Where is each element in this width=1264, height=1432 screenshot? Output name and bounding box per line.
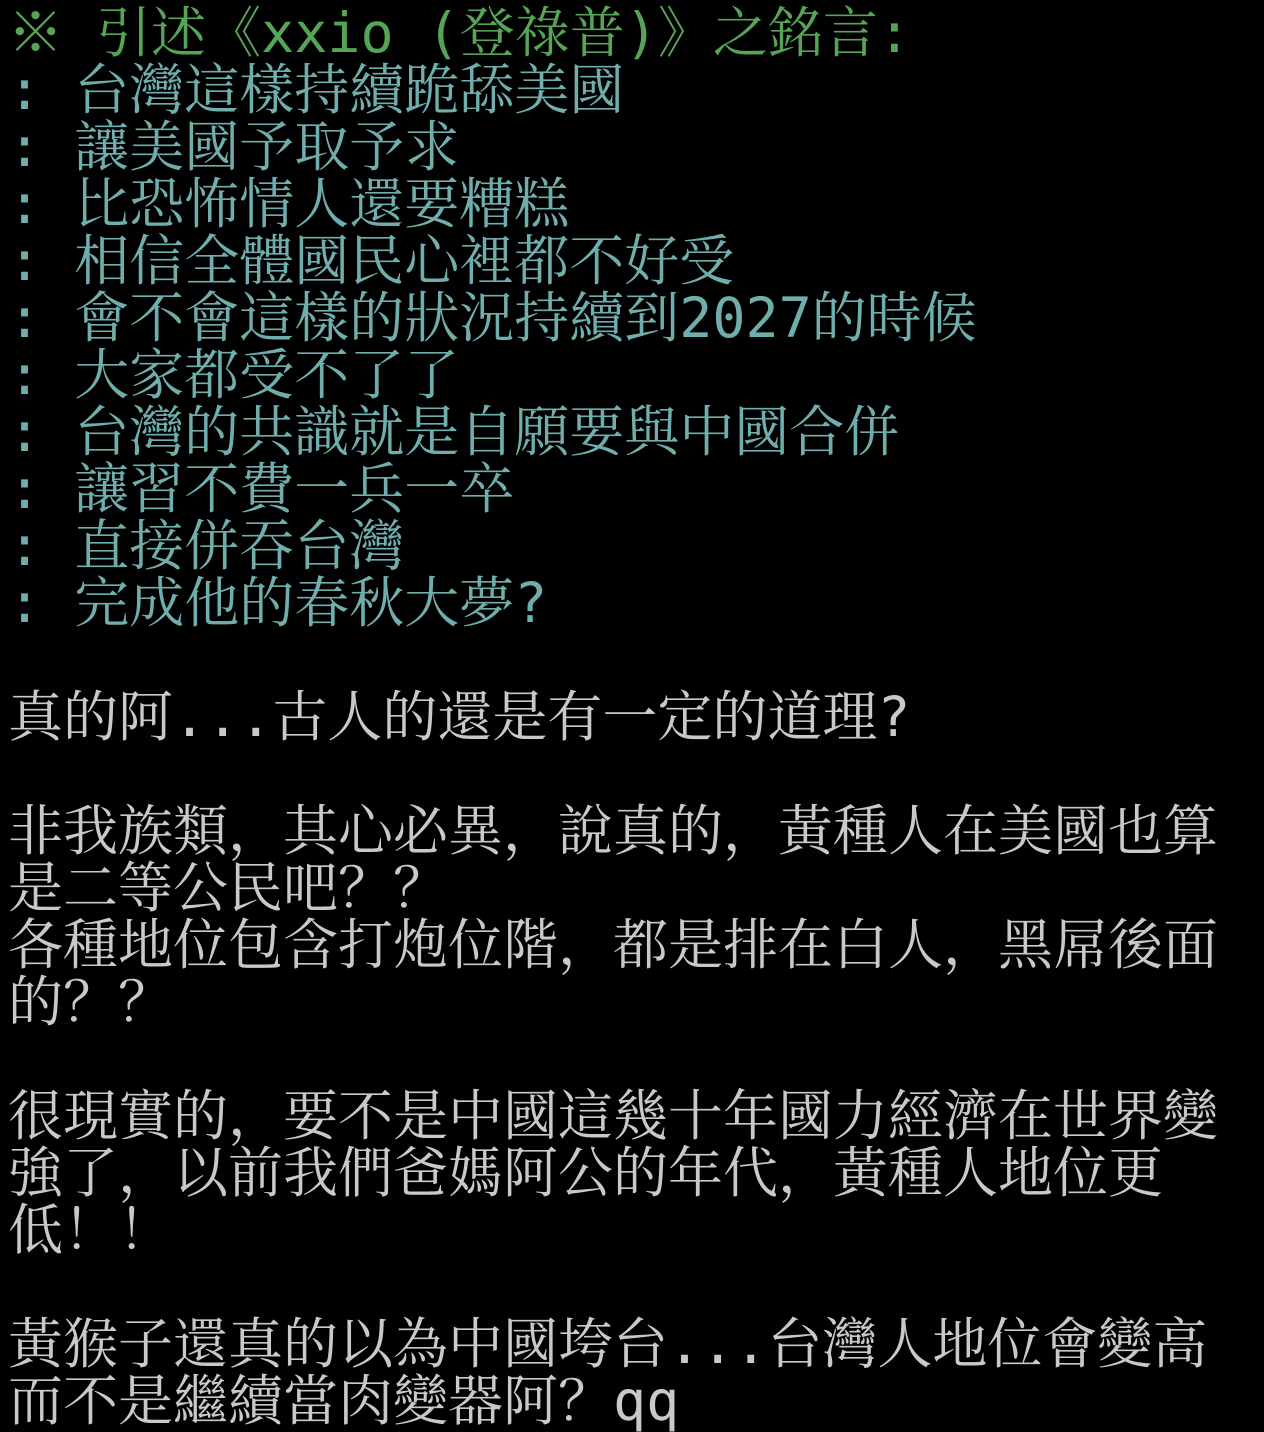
- quoted-line: : 台灣這樣持續跪舔美國: [8, 62, 1258, 119]
- quote-prefix: :: [8, 400, 74, 464]
- quoted-line: : 讓習不費一兵一卒: [8, 461, 1258, 518]
- terminal-post-view: ※ 引述《xxio (登祿普)》之銘言: : 台灣這樣持續跪舔美國: 讓美國予取…: [0, 0, 1264, 1432]
- quoted-text: 讓習不費一兵一卒: [74, 457, 514, 521]
- quoted-text: 直接併吞台灣: [74, 514, 404, 578]
- quote-prefix: :: [8, 343, 74, 407]
- quoted-line: : 大家都受不了了: [8, 347, 1258, 404]
- blank-line: [8, 746, 1258, 803]
- quoted-line: : 直接併吞台灣: [8, 518, 1258, 575]
- quote-prefix: :: [8, 172, 74, 236]
- body-text-line: 各種地位包含打炮位階，都是排在白人，黑屌後面的？？: [8, 917, 1258, 1031]
- body-text-line: 很現實的，要不是中國這幾十年國力經濟在世界變強了，以前我們爸媽阿公的年代，黃種人…: [8, 1088, 1258, 1259]
- body-text-line: 非我族類，其心必異，說真的，黃種人在美國也算是二等公民吧？？: [8, 803, 1258, 917]
- body-text-line: 黃猴子還真的以為中國垮台...台灣人地位會變高而不是繼續當肉變器阿？qq: [8, 1316, 1258, 1430]
- quoted-line: : 比恐怖情人還要糟糕: [8, 176, 1258, 233]
- quote-header: ※ 引述《xxio (登祿普)》之銘言:: [8, 5, 1258, 62]
- blank-line: [8, 632, 1258, 689]
- quoted-line: : 台灣的共識就是自願要與中國合併: [8, 404, 1258, 461]
- quoted-text: 台灣的共識就是自願要與中國合併: [74, 400, 899, 464]
- quoted-line: : 讓美國予取予求: [8, 119, 1258, 176]
- quote-prefix: :: [8, 457, 74, 521]
- post-body: 真的阿...古人的還是有一定的道理?非我族類，其心必異，說真的，黃種人在美國也算…: [8, 632, 1258, 1430]
- quoted-line: : 完成他的春秋大夢?: [8, 575, 1258, 632]
- quoted-text: 讓美國予取予求: [74, 115, 459, 179]
- quoted-text: 台灣這樣持續跪舔美國: [74, 58, 624, 122]
- body-text-line: 真的阿...古人的還是有一定的道理?: [8, 689, 1258, 746]
- quote-prefix: :: [8, 229, 74, 293]
- blank-line: [8, 1031, 1258, 1088]
- quoted-text: 相信全體國民心裡都不好受: [74, 229, 734, 293]
- quoted-text: 完成他的春秋大夢?: [74, 571, 547, 635]
- quote-prefix: :: [8, 58, 74, 122]
- quote-prefix: :: [8, 571, 74, 635]
- blank-line: [8, 1259, 1258, 1316]
- quoted-text: 比恐怖情人還要糟糕: [74, 172, 569, 236]
- quoted-line: : 會不會這樣的狀況持續到2027的時候: [8, 290, 1258, 347]
- quoted-block: : 台灣這樣持續跪舔美國: 讓美國予取予求: 比恐怖情人還要糟糕: 相信全體國民…: [8, 62, 1258, 632]
- quote-prefix: :: [8, 286, 74, 350]
- quote-prefix: :: [8, 514, 74, 578]
- quoted-text: 大家都受不了了: [74, 343, 459, 407]
- quoted-line: : 相信全體國民心裡都不好受: [8, 233, 1258, 290]
- quote-prefix: :: [8, 115, 74, 179]
- quoted-text: 會不會這樣的狀況持續到2027的時候: [74, 286, 976, 350]
